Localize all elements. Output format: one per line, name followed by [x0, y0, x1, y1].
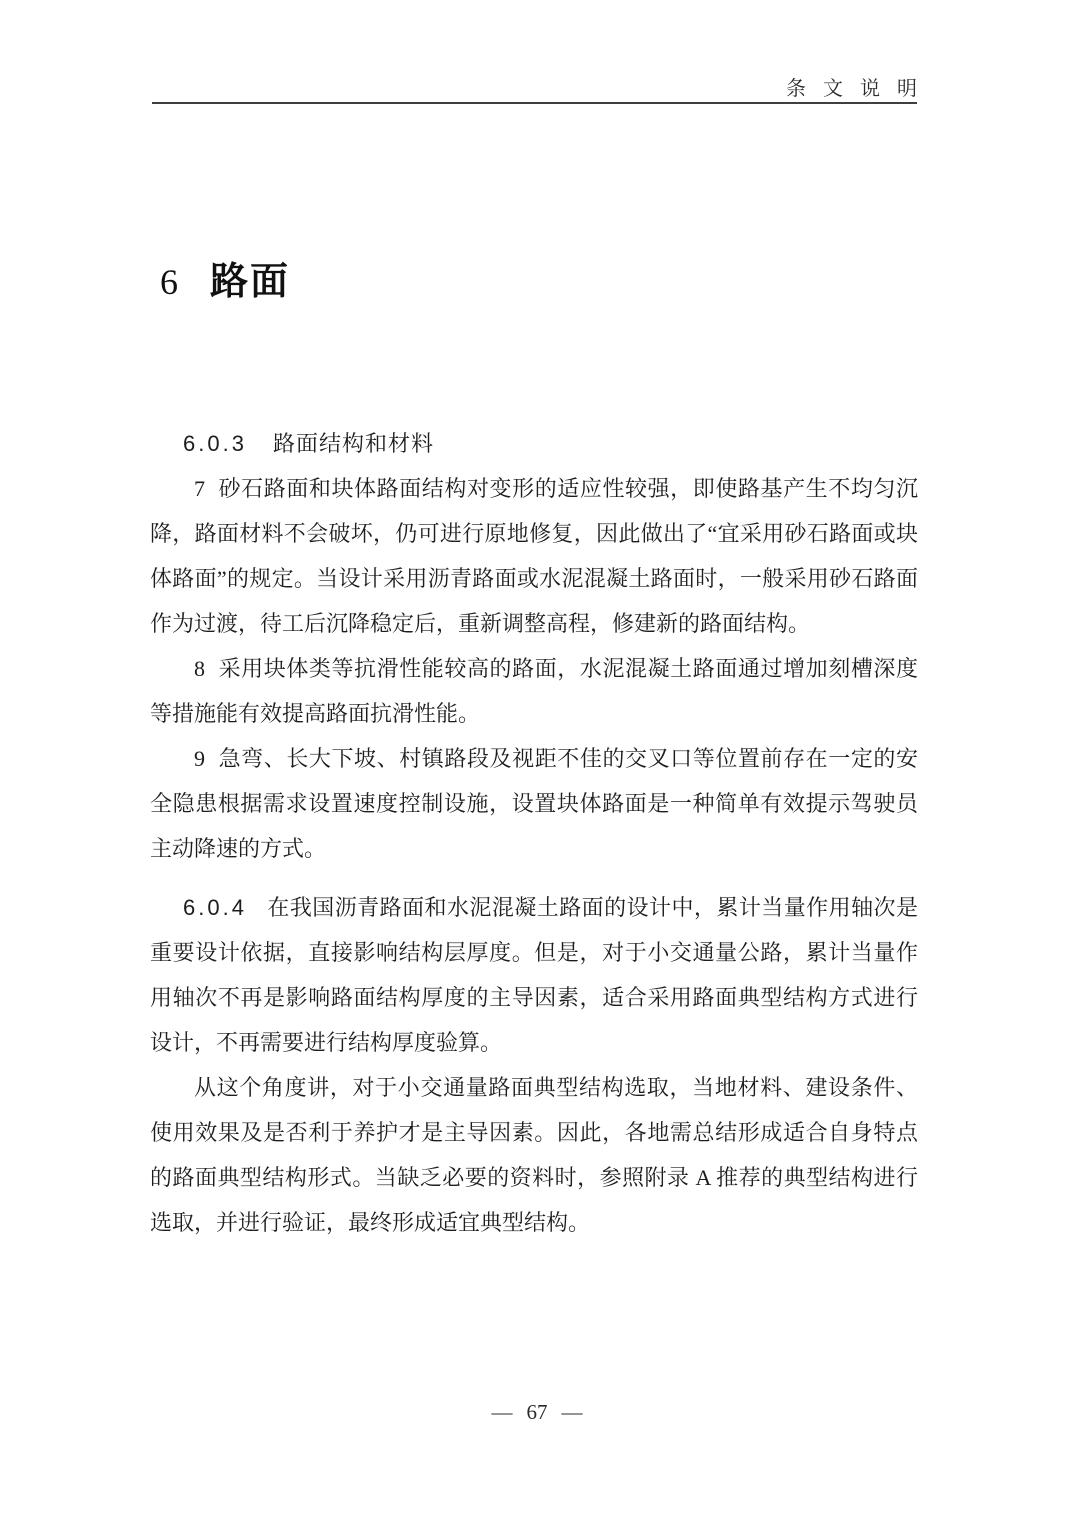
- paragraph-item-8-label: 8: [194, 656, 205, 681]
- section-6-0-3: 6.0.3路面结构和材料 7砂石路面和块体路面结构对变形的适应性较强，即使路基产…: [150, 421, 918, 871]
- running-header-title: 条 文 说 明: [786, 72, 923, 101]
- clause-title-6-0-3: 路面结构和材料: [273, 431, 434, 456]
- paragraph-item-9: 9急弯、长大下坡、村镇路段及视距不佳的交叉口等位置前存在一定的安全隐患根据需求设…: [150, 736, 918, 871]
- paragraph-item-8-text: 采用块体类等抗滑性能较高的路面，水泥混凝土路面通过增加刻槽深度等措施能有效提高路…: [150, 656, 918, 726]
- page-number: 67: [527, 1400, 548, 1425]
- paragraph-item-9-label: 9: [194, 746, 205, 771]
- paragraph-item-9-text: 急弯、长大下坡、村镇路段及视距不佳的交叉口等位置前存在一定的安全隐患根据需求设置…: [150, 746, 918, 861]
- paragraph-item-7-text: 砂石路面和块体路面结构对变形的适应性较强，即使路基产生不均匀沉降，路面材料不会破…: [150, 476, 918, 636]
- main-text-column: 6.0.3路面结构和材料 7砂石路面和块体路面结构对变形的适应性较强，即使路基产…: [150, 421, 918, 1245]
- paragraph-typical-structure: 从这个角度讲，对于小交通量路面典型结构选取，当地材料、建设条件、使用效果及是否利…: [150, 1065, 918, 1245]
- page-footer: —67—: [0, 1400, 1074, 1425]
- footer-left-dash: —: [492, 1400, 513, 1425]
- header-rule: [152, 102, 917, 104]
- paragraph-item-7: 7砂石路面和块体路面结构对变形的适应性较强，即使路基产生不均匀沉降，路面材料不会…: [150, 466, 918, 646]
- document-page: 条 文 说 明 6路面 6.0.3路面结构和材料 7砂石路面和块体路面结构对变形…: [0, 0, 1074, 1520]
- clause-heading-6-0-3: 6.0.3路面结构和材料: [150, 421, 918, 466]
- section-6-0-4: 6.0.4在我国沥青路面和水泥混凝土路面的设计中，累计当量作用轴次是重要设计依据…: [150, 885, 918, 1245]
- clause-paragraph-6-0-4: 6.0.4在我国沥青路面和水泥混凝土路面的设计中，累计当量作用轴次是重要设计依据…: [150, 885, 918, 1065]
- chapter-title: 6路面: [160, 250, 290, 305]
- paragraph-typical-structure-text: 从这个角度讲，对于小交通量路面典型结构选取，当地材料、建设条件、使用效果及是否利…: [150, 1075, 918, 1235]
- paragraph-item-7-label: 7: [194, 476, 205, 501]
- clause-number-6-0-3: 6.0.3: [183, 431, 247, 456]
- clause-number-6-0-4: 6.0.4: [183, 895, 247, 920]
- chapter-name: 路面: [210, 261, 290, 303]
- clause-paragraph-6-0-4-text: 在我国沥青路面和水泥混凝土路面的设计中，累计当量作用轴次是重要设计依据，直接影响…: [150, 895, 918, 1055]
- chapter-number: 6: [160, 262, 178, 302]
- running-header: 条 文 说 明: [152, 72, 917, 101]
- paragraph-item-8: 8采用块体类等抗滑性能较高的路面，水泥混凝土路面通过增加刻槽深度等措施能有效提高…: [150, 646, 918, 736]
- footer-right-dash: —: [562, 1400, 583, 1425]
